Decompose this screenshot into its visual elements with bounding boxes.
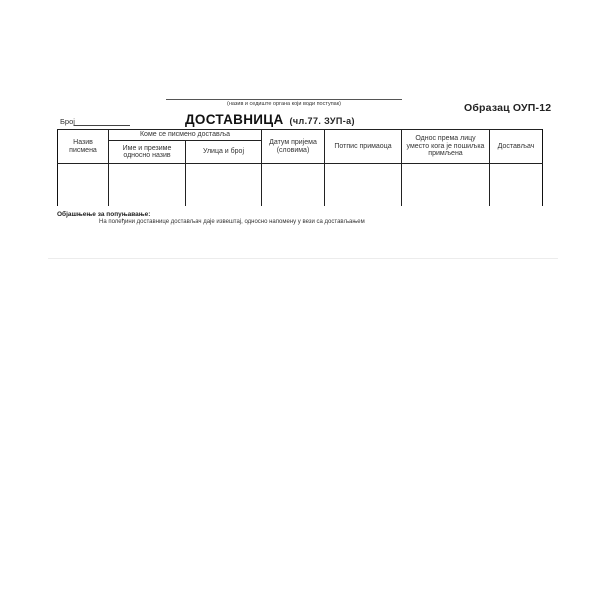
cell-document-name[interactable] <box>58 164 109 207</box>
issuing-authority-line <box>166 99 402 100</box>
column-header-recipient-signature: Потпис примаоца <box>325 130 402 164</box>
cell-recipient-signature[interactable] <box>325 164 402 207</box>
column-header-document-name: Назив писмена <box>58 130 109 164</box>
instructions-text: На полеђини доставнице достављач даје из… <box>99 219 365 225</box>
group-header-recipient: Коме се писмено доставља <box>109 130 262 141</box>
issuing-authority-caption: (назив и седиште органа који води поступ… <box>166 101 402 107</box>
cell-courier[interactable] <box>490 164 543 207</box>
cell-relation-to-addressee[interactable] <box>402 164 490 207</box>
column-header-receipt-date: Датум пријема (словима) <box>262 130 325 164</box>
page-divider <box>48 258 558 259</box>
column-header-street: Улица и број <box>186 141 262 164</box>
document-title: ДОСТАВНИЦА <box>185 112 284 127</box>
legal-reference: (чл.77. ЗУП-а) <box>290 116 355 126</box>
number-field[interactable] <box>74 125 130 126</box>
form-code: Образац ОУП-12 <box>464 102 551 114</box>
instructions-heading: Објашњење за попуњавање: <box>57 211 150 218</box>
cell-name[interactable] <box>109 164 186 207</box>
cell-street[interactable] <box>186 164 262 207</box>
document-title-block: ДОСТАВНИЦА(чл.77. ЗУП-а) <box>185 111 355 129</box>
column-header-courier: Достављач <box>490 130 543 164</box>
number-label: Број <box>60 117 75 126</box>
table-row <box>58 164 543 207</box>
cell-receipt-date[interactable] <box>262 164 325 207</box>
column-header-name: Име и презиме односно назив <box>109 141 186 164</box>
column-header-relation-to-addressee: Однос према лицу уместо кога је пошиљка … <box>402 130 490 164</box>
delivery-table: Назив писмена Коме се писмено доставља Д… <box>57 129 543 206</box>
